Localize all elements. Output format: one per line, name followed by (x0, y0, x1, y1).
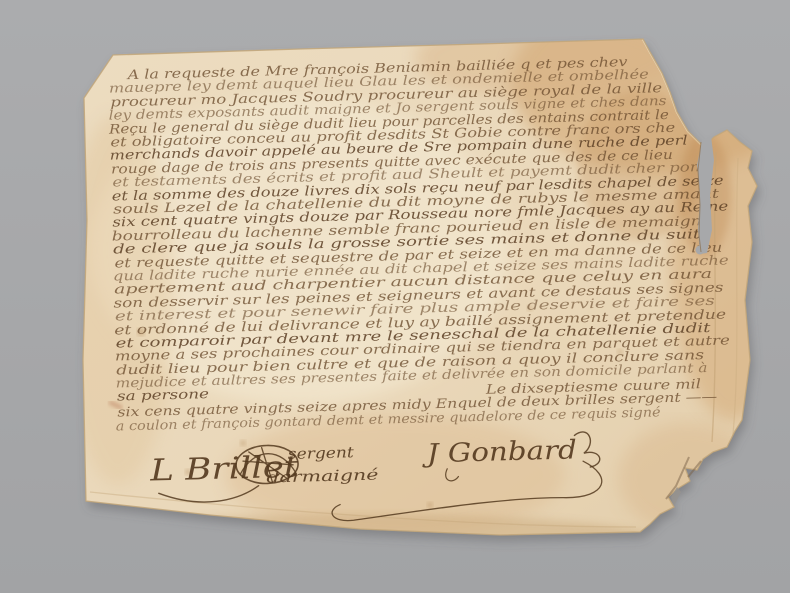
photo-of-manuscript: A la requeste de Mre françois Beniamin b… (0, 0, 790, 593)
fox-spot (240, 440, 246, 446)
signature-left-title: sergent (288, 443, 356, 463)
scene-canvas: A la requeste de Mre françois Beniamin b… (0, 0, 790, 593)
signature-left-place: darmaigné (266, 466, 379, 487)
fox-spot (427, 502, 433, 508)
signature-right-name: J Gonbard (421, 435, 577, 469)
manuscript-text: A la requeste de Mre françois Beniamin b… (106, 52, 734, 434)
manuscript-line: sa persone (117, 387, 210, 404)
